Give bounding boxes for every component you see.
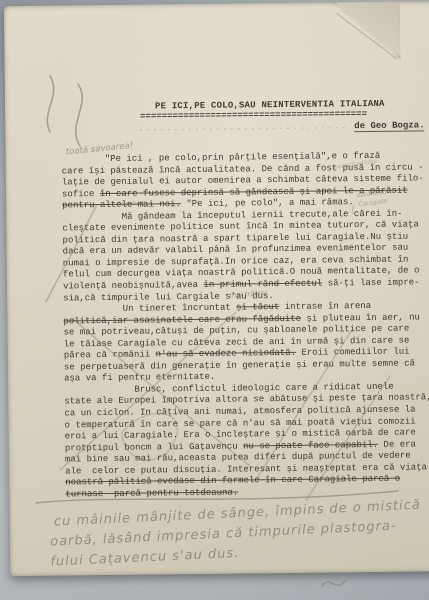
title-underline: ========================================… bbox=[140, 109, 367, 122]
pencil-note-intrebam: întrebam bbox=[118, 200, 146, 208]
manuscript-page: PE ICI,PE COLO,SAU NEINTERVENTIA ITALIAN… bbox=[4, 1, 429, 576]
author-byline: de Geo Bogza. bbox=[354, 120, 424, 132]
paragraph: Un tineret încruntat și tăcut intrase în… bbox=[63, 300, 429, 385]
pencil-scribble bbox=[322, 580, 346, 586]
pencil-note-bottom-line-3: fului Cațavencu s'au dus. bbox=[50, 546, 240, 570]
pencil-bracket: [ bbox=[351, 205, 355, 215]
paragraph: Brusc, conflictul ideologic care a ridic… bbox=[64, 381, 429, 501]
photo-of-manuscript: PE ICI,PE COLO,SAU NEINTERVENTIA ITALIAN… bbox=[0, 0, 429, 600]
byline-leader-dots: .............................. bbox=[138, 121, 348, 133]
folded-corner bbox=[332, 2, 401, 61]
byline-row: ..............................de Geo Bog… bbox=[138, 120, 424, 133]
